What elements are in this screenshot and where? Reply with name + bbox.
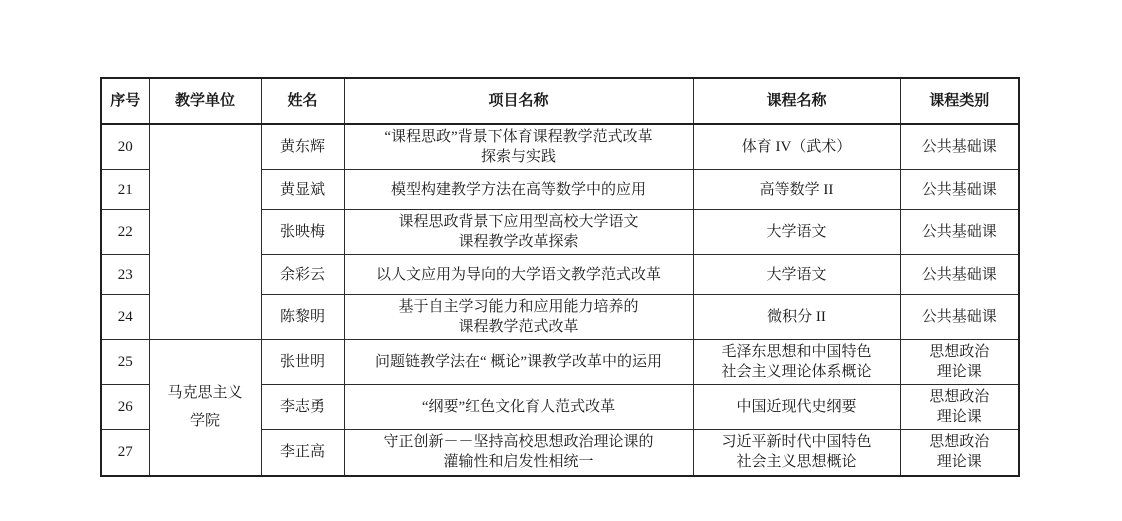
project-cell: 以人文应用为导向的大学语文教学范式改革 (344, 255, 693, 295)
course-cell: 中国近现代史纲要 (693, 385, 900, 430)
document-page: 序号 教学单位 姓名 项目名称 课程名称 课程类别 20 黄东辉 “课程思政”背… (0, 0, 1122, 521)
name-cell: 陈黎明 (261, 295, 344, 340)
unit-cell (149, 124, 261, 340)
serial-cell: 21 (101, 170, 149, 210)
unit-cell: 马克思主义 学院 (149, 340, 261, 476)
name-cell: 黄东辉 (261, 124, 344, 170)
project-cell: 问题链教学法在“ 概论”课教学改革中的运用 (344, 340, 693, 385)
course-cell: 大学语文 (693, 255, 900, 295)
table-row: 25 马克思主义 学院 张世明 问题链教学法在“ 概论”课教学改革中的运用 毛泽… (101, 340, 1019, 385)
table-row: 20 黄东辉 “课程思政”背景下体育课程教学范式改革 探索与实践 体育 IV（武… (101, 124, 1019, 170)
name-cell: 张映梅 (261, 210, 344, 255)
course-cell: 毛泽东思想和中国特色 社会主义理论体系概论 (693, 340, 900, 385)
project-cell: 模型构建教学方法在高等数学中的应用 (344, 170, 693, 210)
serial-cell: 23 (101, 255, 149, 295)
project-cell: 基于自主学习能力和应用能力培养的 课程教学范式改革 (344, 295, 693, 340)
course-project-table: 序号 教学单位 姓名 项目名称 课程名称 课程类别 20 黄东辉 “课程思政”背… (100, 77, 1020, 477)
name-cell: 余彩云 (261, 255, 344, 295)
name-cell: 李正高 (261, 430, 344, 476)
course-cell: 体育 IV（武术） (693, 124, 900, 170)
header-category: 课程类别 (900, 78, 1019, 124)
category-cell: 思想政治 理论课 (900, 385, 1019, 430)
project-cell: 课程思政背景下应用型高校大学语文 课程教学改革探索 (344, 210, 693, 255)
serial-cell: 25 (101, 340, 149, 385)
header-unit: 教学单位 (149, 78, 261, 124)
category-cell: 公共基础课 (900, 210, 1019, 255)
course-cell: 高等数学 II (693, 170, 900, 210)
name-cell: 张世明 (261, 340, 344, 385)
serial-cell: 20 (101, 124, 149, 170)
category-cell: 公共基础课 (900, 255, 1019, 295)
serial-cell: 24 (101, 295, 149, 340)
serial-cell: 22 (101, 210, 149, 255)
project-cell: “课程思政”背景下体育课程教学范式改革 探索与实践 (344, 124, 693, 170)
table-header-row: 序号 教学单位 姓名 项目名称 课程名称 课程类别 (101, 78, 1019, 124)
name-cell: 黄显斌 (261, 170, 344, 210)
category-cell: 思想政治 理论课 (900, 430, 1019, 476)
header-project: 项目名称 (344, 78, 693, 124)
category-cell: 思想政治 理论课 (900, 340, 1019, 385)
category-cell: 公共基础课 (900, 295, 1019, 340)
serial-cell: 26 (101, 385, 149, 430)
header-name: 姓名 (261, 78, 344, 124)
course-cell: 习近平新时代中国特色 社会主义思想概论 (693, 430, 900, 476)
serial-cell: 27 (101, 430, 149, 476)
course-cell: 大学语文 (693, 210, 900, 255)
category-cell: 公共基础课 (900, 170, 1019, 210)
header-serial: 序号 (101, 78, 149, 124)
category-cell: 公共基础课 (900, 124, 1019, 170)
name-cell: 李志勇 (261, 385, 344, 430)
course-cell: 微积分 II (693, 295, 900, 340)
project-cell: “纲要”红色文化育人范式改革 (344, 385, 693, 430)
header-course: 课程名称 (693, 78, 900, 124)
project-cell: 守正创新－－坚持高校思想政治理论课的 灌输性和启发性相统一 (344, 430, 693, 476)
